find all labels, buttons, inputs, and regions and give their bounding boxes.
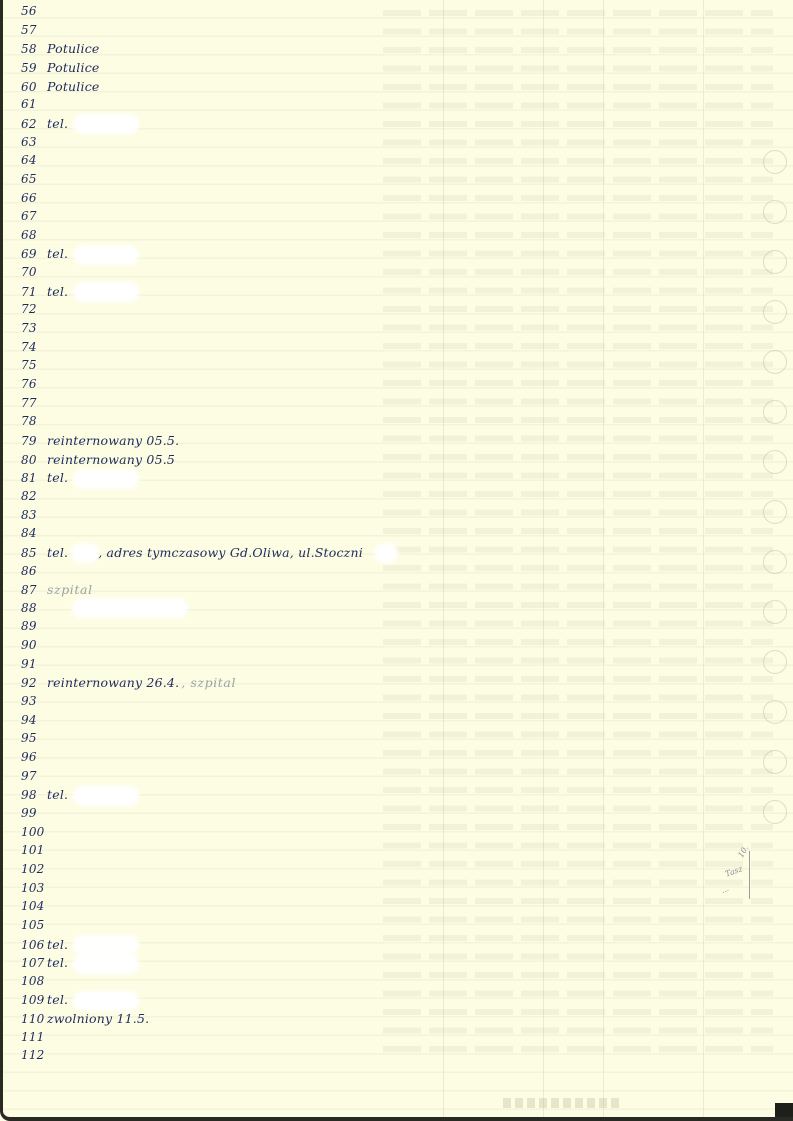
register-row: 107tel. [21,955,136,973]
row-number: 82 [21,489,47,503]
redacted-phone-number [76,472,136,486]
row-number: 101 [21,843,47,857]
register-row: 86 [21,564,47,582]
row-number: 68 [21,228,47,242]
row-note: tel. [47,284,136,300]
row-number: 103 [21,881,47,895]
redacted-phone-number [76,117,136,131]
punch-hole [763,600,787,624]
register-row: 79reinternowany 05.5. [21,433,179,451]
punch-hole [763,350,787,374]
row-number: 64 [21,153,47,167]
register-row: 71tel. [21,284,136,302]
note-text: tel. [47,992,68,1007]
row-number: 91 [21,657,47,671]
row-number: 66 [21,191,47,205]
note-text: tel. [47,937,68,952]
punch-hole [763,550,787,574]
row-note: tel. [47,955,136,971]
punch-hole [763,200,787,224]
register-row: 61 [21,97,47,115]
row-number: 57 [21,23,47,37]
row-number: 108 [21,974,47,988]
register-row: 111 [21,1030,47,1048]
punch-hole [763,150,787,174]
register-row: 70 [21,265,47,283]
register-row: 68 [21,228,47,246]
pencil-note: szpital [47,582,93,597]
row-number: 92 [21,676,47,690]
register-row: 108 [21,974,47,992]
register-row: 106tel. [21,937,136,955]
row-note: reinternowany 05.5 [47,452,175,467]
row-number: 78 [21,414,47,428]
scan-corner [775,1103,793,1117]
punch-hole [763,450,787,474]
register-row: 72 [21,302,47,320]
punch-hole [763,750,787,774]
row-number: 98 [21,788,47,802]
register-row: 65 [21,172,47,190]
row-number: 70 [21,265,47,279]
row-number: 74 [21,340,47,354]
register-row: 105 [21,918,47,936]
register-row: 67 [21,209,47,227]
row-note: szpital [47,582,93,597]
redacted-phone-number [76,994,136,1008]
row-note: tel., adres tymczasowy Gd.Oliwa, ul.Stoc… [47,545,395,561]
register-row: 87szpital [21,582,93,600]
row-note [47,601,185,616]
register-row: 103 [21,881,47,899]
row-number: 62 [21,117,47,131]
redacted-line [75,601,185,615]
row-number: 90 [21,638,47,652]
register-row: 59Potulice [21,60,100,78]
row-note: tel. [47,992,136,1008]
register-row: 99 [21,806,47,824]
row-number: 111 [21,1030,47,1044]
register-row: 95 [21,731,47,749]
row-number: 81 [21,471,47,485]
note-address: , adres tymczasowy Gd.Oliwa, ul.Stoczni [98,545,363,560]
row-number: 56 [21,4,47,18]
register-row: 97 [21,769,47,787]
row-note: Potulice [47,79,100,94]
row-number: 60 [21,80,47,94]
row-number: 106 [21,938,47,952]
register-row: 74 [21,340,47,358]
note-text: tel. [47,470,68,485]
row-number: 58 [21,42,47,56]
row-number: 83 [21,508,47,522]
register-row: 96 [21,750,47,768]
register-row: 85tel., adres tymczasowy Gd.Oliwa, ul.St… [21,545,395,563]
row-number: 102 [21,862,47,876]
row-number: 105 [21,918,47,932]
pencil-note: , szpital [181,675,236,690]
row-note: Potulice [47,60,100,75]
row-note: tel. [47,787,136,803]
row-number: 85 [21,546,47,560]
row-number: 61 [21,97,47,111]
scribble-line: Tasz [724,864,744,879]
note-text: Potulice [47,60,100,75]
row-number: 99 [21,806,47,820]
row-number: 107 [21,956,47,970]
register-row: 63 [21,135,47,153]
register-row: 69tel. [21,246,136,264]
register-row: 109tel. [21,992,136,1010]
row-note: Potulice [47,41,100,56]
register-row: 57 [21,23,47,41]
note-text: reinternowany 05.5. [47,433,179,448]
row-number: 79 [21,434,47,448]
register-row: 104 [21,899,47,917]
row-number: 73 [21,321,47,335]
punch-hole [763,700,787,724]
register-row: 58Potulice [21,41,100,59]
register-row: 76 [21,377,47,395]
redacted-phone-number [74,546,96,560]
row-number: 86 [21,564,47,578]
row-number: 112 [21,1048,47,1062]
bleed-through-footer [503,1098,623,1108]
scribble-line: ... [719,884,730,895]
register-row: 112 [21,1048,47,1066]
redacted-address-detail [377,546,395,560]
register-row: 83 [21,508,47,526]
redacted-phone-number [76,789,136,803]
row-number: 69 [21,247,47,261]
row-number: 94 [21,713,47,727]
punch-hole [763,650,787,674]
register-row: 101 [21,843,47,861]
scanned-page: 565758Potulice59Potulice60Potulice6162te… [0,0,793,1121]
register-row: 81tel. [21,470,136,488]
register-row: 92reinternowany 26.4., szpital [21,675,236,693]
redacted-phone-number [76,248,136,262]
row-note: reinternowany 26.4., szpital [47,675,236,690]
row-number: 110 [21,1012,47,1026]
row-number: 67 [21,209,47,223]
row-number: 59 [21,61,47,75]
register-row: 89 [21,619,47,637]
punch-hole [763,300,787,324]
register-row: 88 [21,601,185,619]
redacted-phone-number [76,938,136,952]
row-number: 63 [21,135,47,149]
register-row: 64 [21,153,47,171]
note-text: tel. [47,246,68,261]
row-number: 89 [21,619,47,633]
note-text: tel. [47,787,68,802]
row-number: 100 [21,825,47,839]
row-note: tel. [47,937,136,953]
row-number: 93 [21,694,47,708]
note-text: Potulice [47,41,100,56]
redacted-phone-number [76,285,136,299]
register-row: 82 [21,489,47,507]
register-row: 66 [21,191,47,209]
row-number: 88 [21,601,47,615]
row-number: 87 [21,583,47,597]
redacted-phone-number [76,957,136,971]
note-text: zwolniony 11.5. [47,1011,149,1026]
punch-hole [763,800,787,824]
note-text: Potulice [47,79,100,94]
note-text: reinternowany 05.5 [47,452,175,467]
note-text: reinternowany 26.4. [47,675,179,690]
note-text: tel. [47,545,68,560]
row-number: 84 [21,526,47,540]
row-number: 77 [21,396,47,410]
register-row: 77 [21,396,47,414]
row-note: tel. [47,470,136,486]
register-row: 60Potulice [21,79,100,97]
row-number: 109 [21,993,47,1007]
punch-hole [763,400,787,424]
row-note: reinternowany 05.5. [47,433,179,448]
register-row: 84 [21,526,47,544]
register-row: 78 [21,414,47,432]
register-row: 100 [21,825,47,843]
note-text: tel. [47,284,68,299]
row-number: 76 [21,377,47,391]
register-row: 90 [21,638,47,656]
row-number: 72 [21,302,47,316]
punch-holes [763,150,791,850]
register-row: 56 [21,4,47,22]
register-row: 62tel. [21,116,136,134]
row-number: 97 [21,769,47,783]
register-row: 80reinternowany 05.5 [21,452,175,470]
register-row: 73 [21,321,47,339]
bleed-through-text [383,4,773,1057]
scribble-stroke [749,851,750,899]
register-row: 94 [21,713,47,731]
row-note: zwolniony 11.5. [47,1011,149,1026]
register-row: 110zwolniony 11.5. [21,1011,149,1029]
margin-scribble: 10. Tasz ... [719,845,779,905]
row-note: tel. [47,116,136,132]
punch-hole [763,250,787,274]
register-row: 93 [21,694,47,712]
punch-hole [763,500,787,524]
row-number: 71 [21,285,47,299]
row-number: 80 [21,453,47,467]
register-row: 98tel. [21,787,136,805]
register-row: 102 [21,862,47,880]
row-number: 104 [21,899,47,913]
row-number: 95 [21,731,47,745]
row-number: 65 [21,172,47,186]
register-row: 75 [21,358,47,376]
note-text: tel. [47,116,68,131]
row-number: 75 [21,358,47,372]
row-number: 96 [21,750,47,764]
register-row: 91 [21,657,47,675]
note-text: tel. [47,955,68,970]
row-note: tel. [47,246,136,262]
